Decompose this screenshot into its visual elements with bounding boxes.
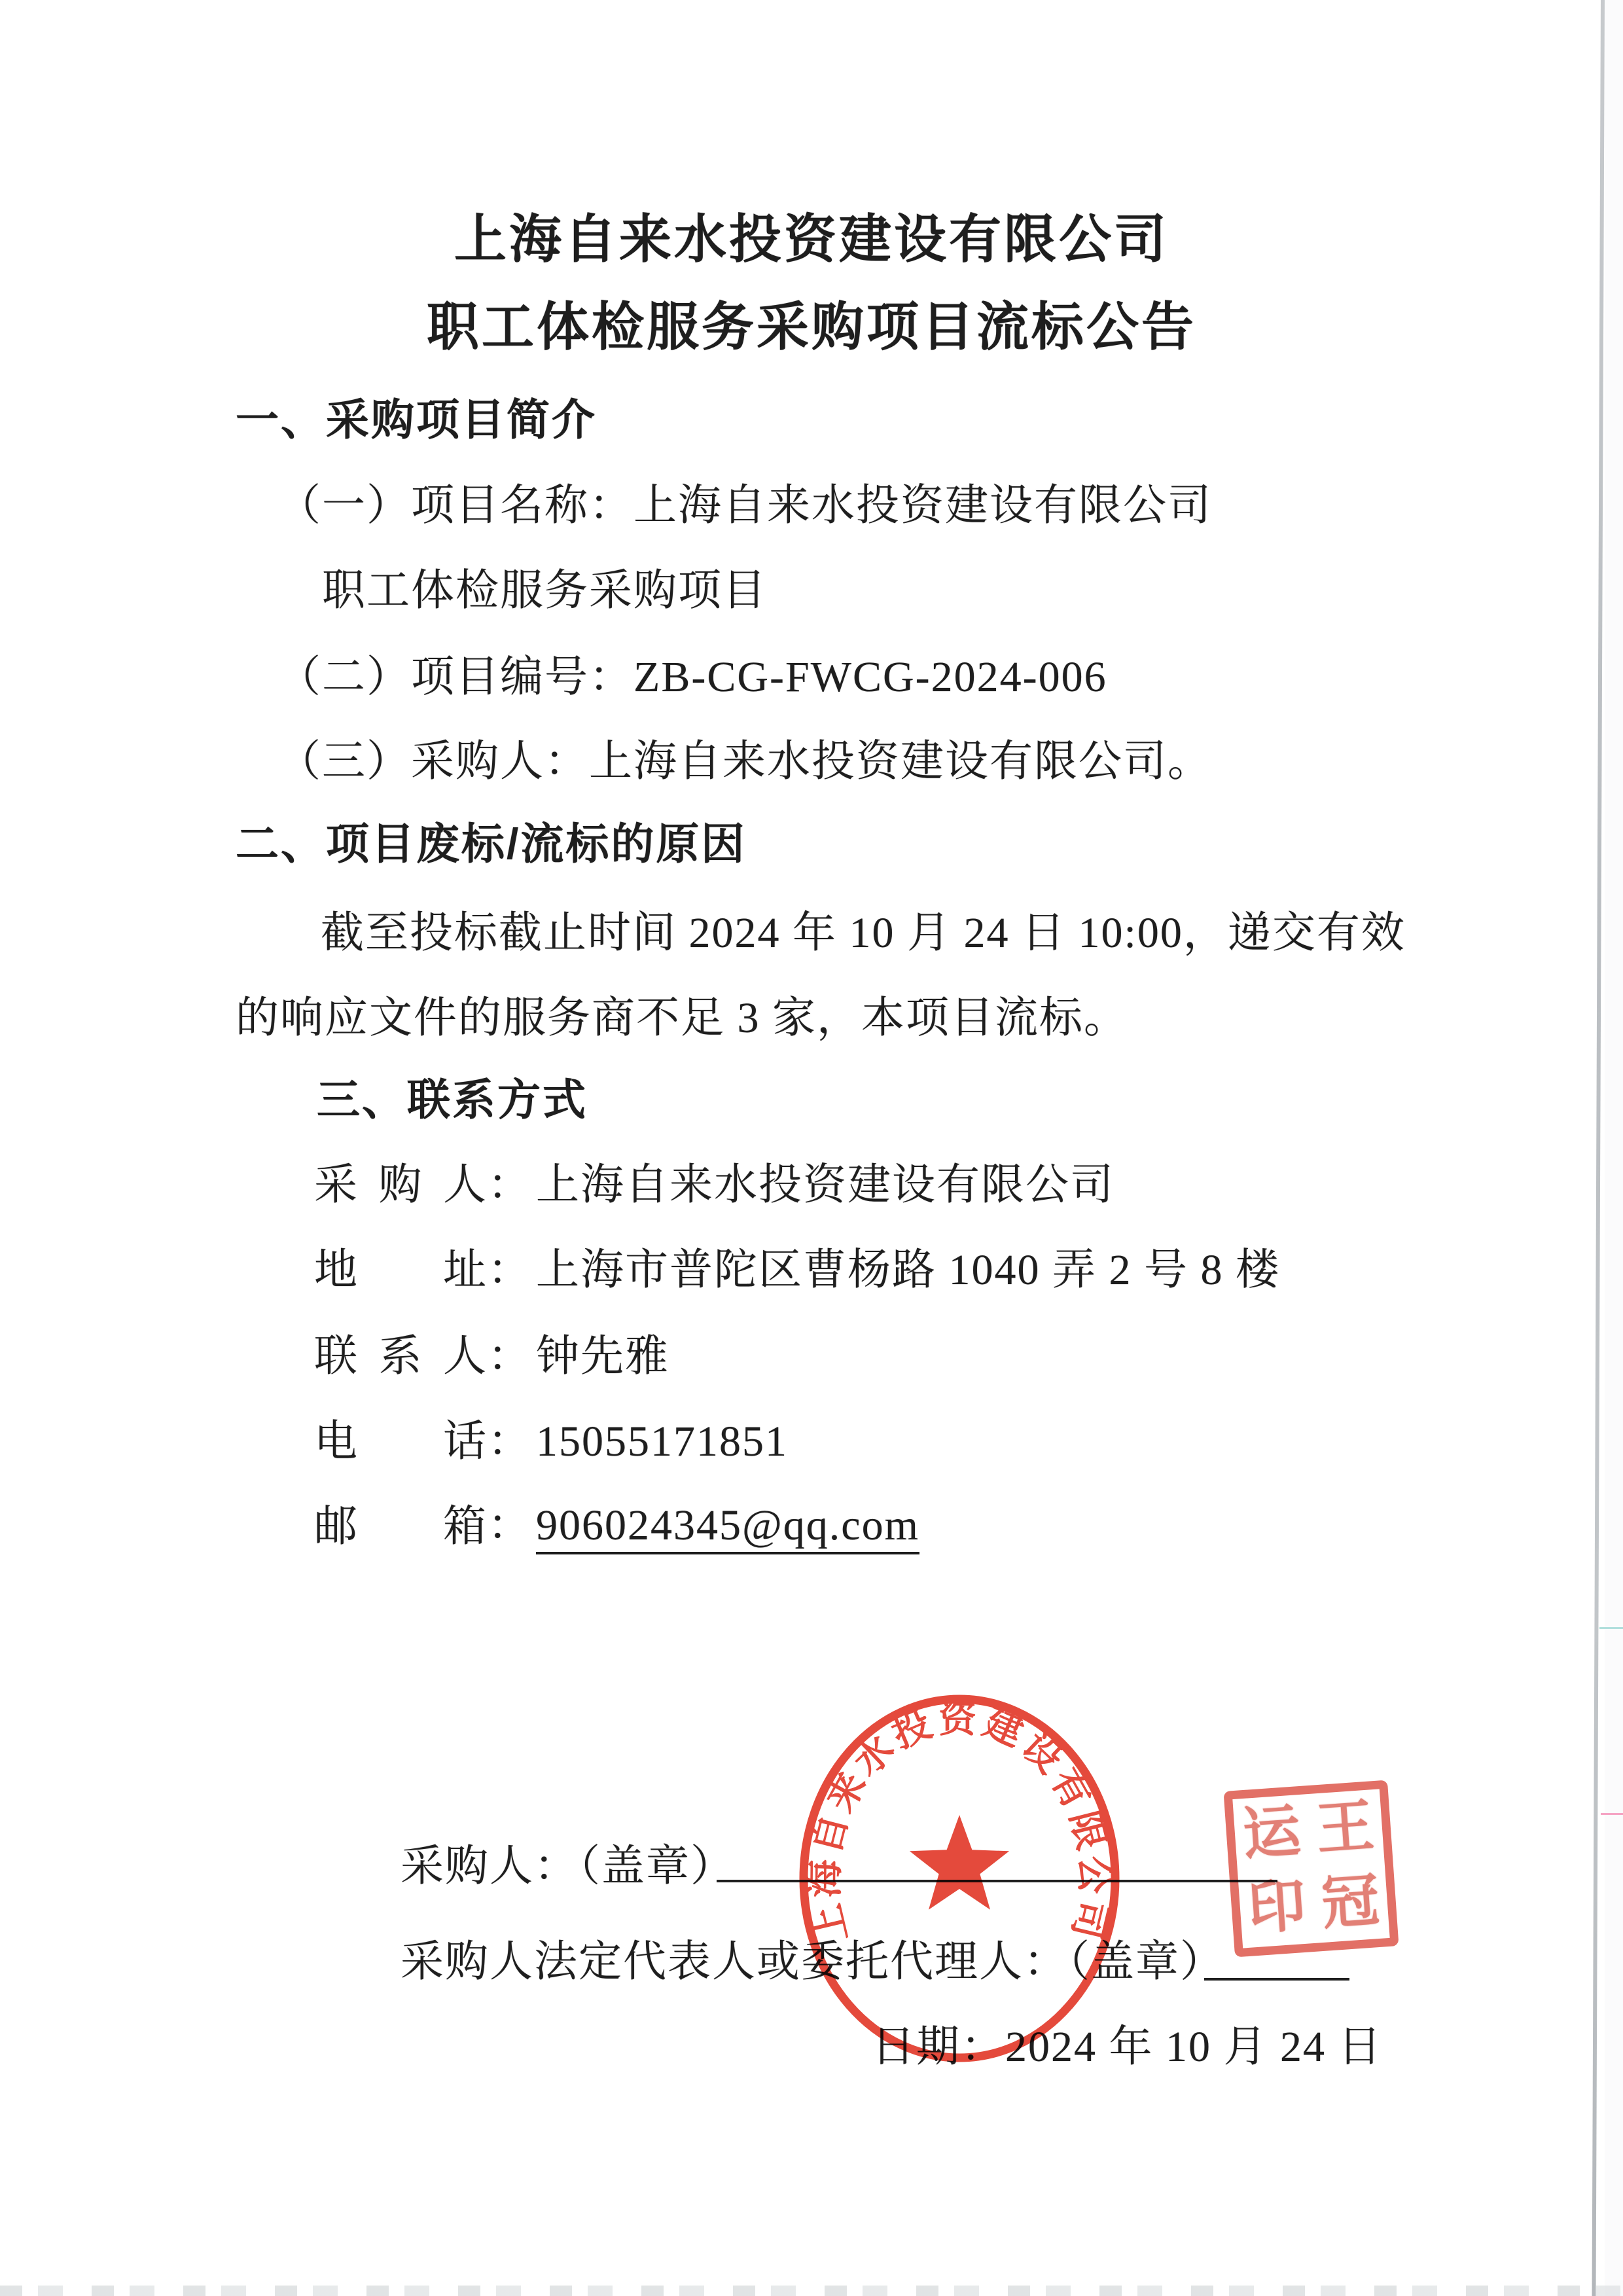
seal-char: 印 [1246,1878,1308,1939]
stamp-star-icon [910,1815,1009,1910]
contact-value: 上海自来水投资建设有限公司 [536,1161,1115,1209]
contact-colon: ： [488,1501,532,1549]
section2-para-line2: 的响应文件的服务商不足 3 家，本项目流标。 [236,992,1128,1044]
contact-label: 邮箱 [314,1501,488,1552]
seal-char: 冠 [1320,1873,1382,1934]
doc-title-line1: 上海自来水投资建设有限公司 [0,208,1623,271]
contact-label: 联系人 [314,1331,488,1382]
contact-label: 地址 [314,1244,488,1296]
personal-square-seal: 运 王 印 冠 [1223,1780,1399,1958]
contact-row-buyer: 采购人：上海自来水投资建设有限公司 [314,1159,1115,1211]
section2-para-line1: 截至投标截止时间 2024 年 10 月 24 日 10:00，递交有效 [321,907,1406,959]
document-page: 上海自来水投资建设有限公司 职工体检服务采购项目流标公告 一、采购项目简介 （一… [0,0,1623,2296]
section1-item2: （二）项目编号：ZB-CG-FWCG-2024-006 [277,651,1107,703]
doc-title-line2: 职工体检服务采购项目流标公告 [0,296,1623,359]
scan-background-strip [1605,0,1623,2296]
seal-char: 运 [1241,1803,1302,1865]
section1-item1-line1: （一）项目名称：上海自来水投资建设有限公司 [277,480,1212,531]
contact-label: 电话 [314,1416,488,1467]
contact-value: 上海市普陀区曹杨路 1040 弄 2 号 8 楼 [536,1246,1280,1294]
section1-item1-line2: 职工体检服务采购项目 [322,565,767,617]
signature-line1-label: 采购人：（盖章） [401,1840,735,1892]
contact-label: 采购人 [314,1159,488,1211]
section3-heading: 三、联系方式 [317,1074,588,1126]
scan-bottom-noise-band [0,2286,1623,2296]
contact-row-person: 联系人：钟先雅 [314,1331,669,1382]
section1-heading: 一、采购项目简介 [236,394,597,446]
contact-email-value: 906024345@qq.com [536,1501,919,1554]
contact-colon: ： [488,1333,532,1380]
contact-colon: ： [488,1246,532,1294]
contact-value: 钟先雅 [536,1333,669,1380]
contact-colon: ： [488,1418,532,1465]
contact-row-phone: 电话：15055171851 [314,1416,788,1467]
signature-line2-rule [1204,1978,1349,1981]
seal-char: 王 [1315,1798,1376,1859]
scan-streak-pink [1601,1813,1623,1815]
contact-row-email: 邮箱：906024345@qq.com [314,1499,919,1552]
contact-colon: ： [488,1161,532,1209]
section2-heading: 二、项目废标/流标的原因 [236,818,746,870]
contact-row-address: 地址：上海市普陀区曹杨路 1040 弄 2 号 8 楼 [314,1244,1280,1296]
scan-streak-cyan [1599,1627,1623,1629]
section1-item3: （三）采购人：上海自来水投资建设有限公司。 [277,736,1212,787]
contact-value: 15055171851 [536,1418,788,1465]
company-round-stamp: 上海自来水投资建设有限公司 [792,1689,1127,2072]
